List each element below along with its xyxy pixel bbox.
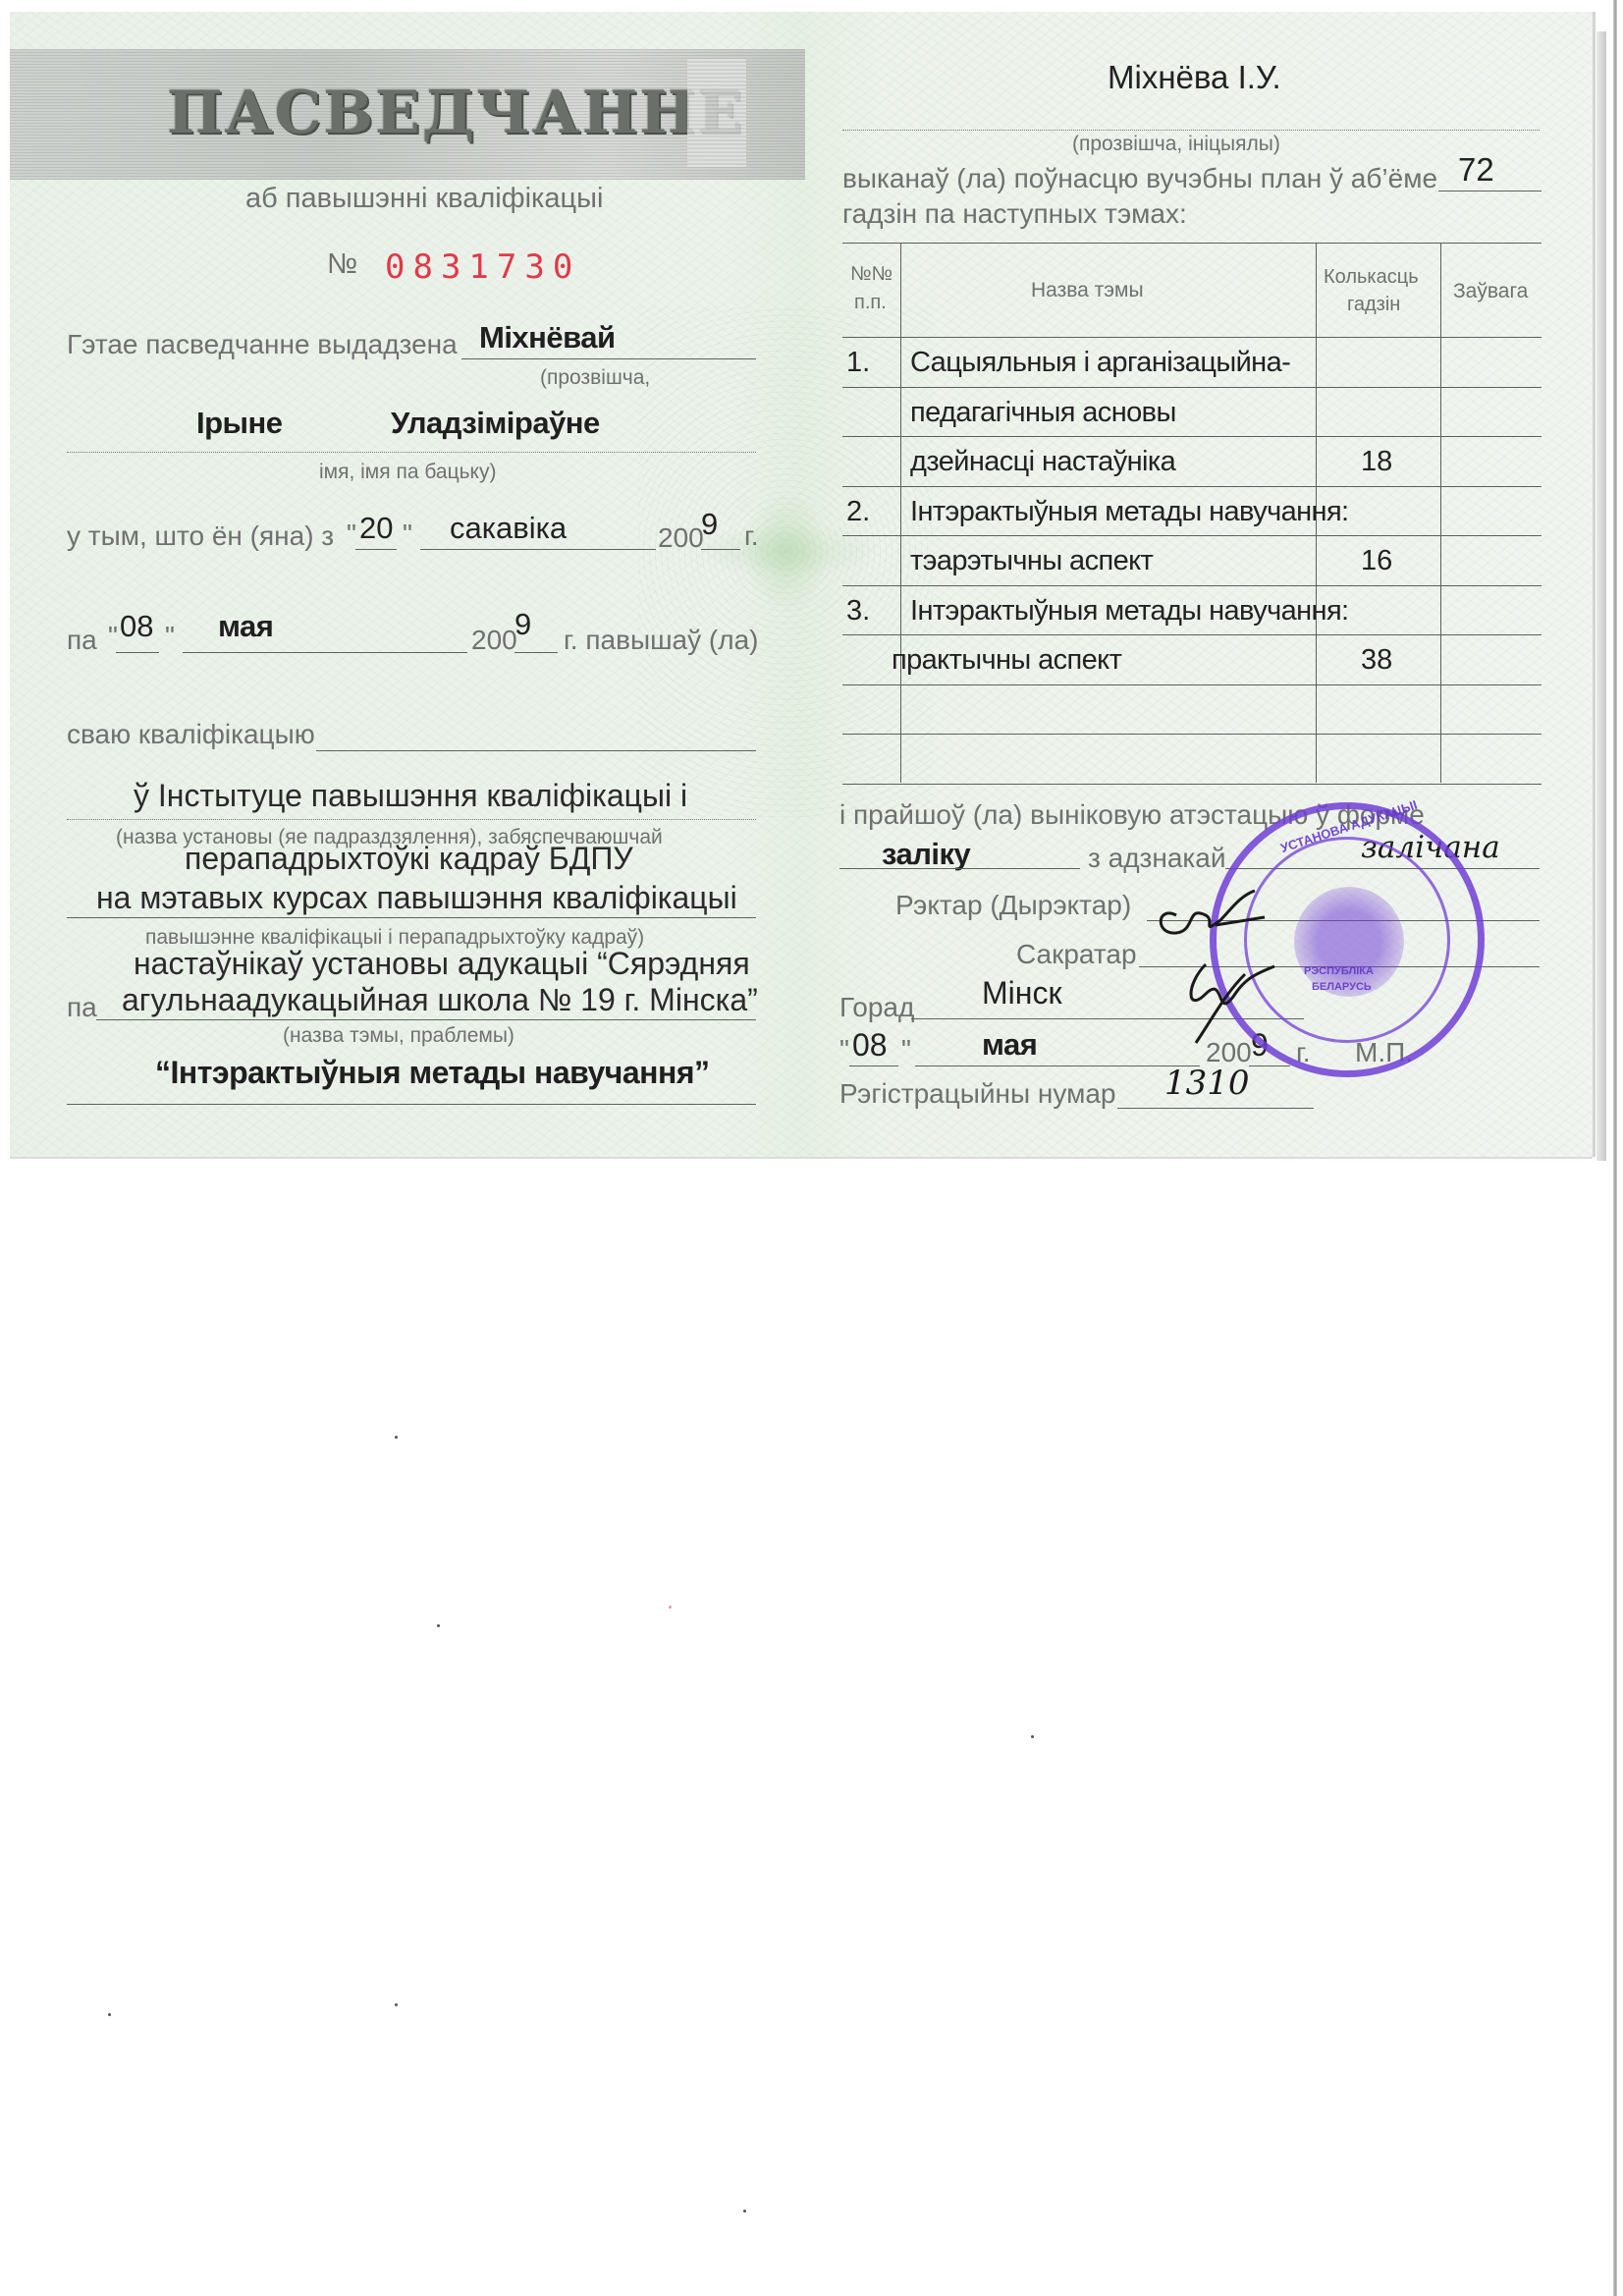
table-row-rule — [842, 585, 1542, 586]
table-row-rule — [842, 535, 1542, 536]
reg-line — [1117, 1108, 1314, 1109]
course-line-rule — [96, 1019, 756, 1020]
table-row-hours: 18 — [1361, 448, 1392, 476]
scanner-page-edge — [1613, 0, 1617, 2296]
city-value: Мінск — [982, 977, 1061, 1009]
table-row-number: 2. — [846, 498, 870, 526]
plan-tail: гадзін па наступных тэмах: — [842, 200, 1187, 228]
to-tail: г. павышаў (ла) — [564, 627, 758, 654]
to-close-quote: " — [165, 623, 175, 650]
document-title: ПАСВЕДЧАННЕ — [167, 79, 658, 147]
name-line — [67, 452, 756, 453]
from-close-quote: " — [403, 520, 412, 548]
qualification-line — [316, 750, 756, 751]
reg-label: Рэгістрацыйны нумар — [839, 1080, 1115, 1108]
to-year-line — [514, 652, 558, 653]
qualification-label: сваю кваліфікацыю — [67, 721, 315, 748]
holder-value: Міхнёва І.У. — [1108, 61, 1281, 93]
institution-line-2: перападрыхтоўкі кадраў БДПУ — [185, 843, 633, 874]
from-month-value: сакавіка — [450, 513, 567, 543]
banner-hologram-box — [687, 59, 746, 167]
date-month-value: мая — [982, 1029, 1037, 1060]
name-caption: імя, імя па бацьку) — [319, 462, 496, 482]
scan-speck — [395, 1436, 398, 1439]
surname-line — [461, 358, 756, 359]
plan-label: выканаў (ла) поўнасцю вучэбны план ў аб’… — [842, 165, 1437, 192]
scan-speck — [395, 2003, 398, 2006]
header-num-2: п.п. — [854, 293, 887, 312]
rector-label: Рэктар (Дырэктар) — [895, 892, 1131, 919]
document-subtitle: аб павышэнні кваліфікацыі — [245, 185, 603, 213]
scan-speck — [743, 2210, 746, 2213]
institution-caption-2: павышэнне кваліфікацыі і перападрыхтоўку… — [145, 927, 644, 948]
rector-signature-icon — [1147, 876, 1304, 1072]
issued-to-label: Гэтае пасведчанне выдадзена — [67, 331, 458, 358]
header-num-1: №№ — [850, 264, 893, 284]
table-row-topic: педагагічныя асновы — [910, 399, 1176, 427]
scan-speck — [669, 1606, 672, 1609]
header-hours-1: Колькасць — [1324, 267, 1419, 287]
topic-caption: (назва тэмы, праблемы) — [283, 1025, 514, 1046]
to-day-value: 08 — [120, 611, 153, 641]
table-row-rule — [842, 684, 1542, 685]
table-row-rule — [842, 734, 1542, 735]
topic-value: “Інтэрактыўныя метады навучання” — [155, 1057, 709, 1088]
scan-speck — [1031, 1735, 1034, 1738]
table-row-rule — [842, 486, 1542, 487]
number-label: № — [327, 250, 357, 279]
to-label: па — [67, 627, 97, 654]
table-row-number: 1. — [846, 349, 870, 377]
secretary-label: Сакратар — [1016, 941, 1137, 968]
date-open-quote: " — [839, 1036, 849, 1064]
table-row-topic: Сацыяльныя і арганізацыйна- — [910, 349, 1290, 377]
table-row-hours: 16 — [1361, 547, 1392, 575]
table-row-topic: дзейнасці настаўніка — [910, 448, 1175, 476]
plan-hours-value: 72 — [1458, 153, 1494, 186]
table-row-topic: тэарэтычны аспект — [910, 547, 1153, 575]
table-row-topic: Інтэрактыўныя метады навучання: — [910, 498, 1349, 526]
attestation-form-line — [839, 868, 1080, 869]
emblem-text-1: РЭСПУБЛІКА — [1304, 965, 1374, 977]
to-month-value: мая — [218, 611, 273, 641]
from-year-value: 9 — [701, 509, 718, 539]
table-row-topic: практычны аспект — [892, 646, 1121, 675]
table-row-rule — [842, 436, 1542, 437]
scan-speck — [108, 2013, 111, 2016]
table-row-topic: Інтэрактыўныя метады навучання: — [910, 597, 1349, 626]
serial-number: 0831730 — [385, 250, 580, 284]
institution-line-1: ў Інстытуце павышэння кваліфікацыі і — [134, 780, 687, 811]
topic-rule — [67, 1104, 756, 1105]
holder-caption: (прозвішча, ініцыялы) — [1072, 134, 1280, 154]
emblem-text-2: БЕЛАРУСЬ — [1312, 981, 1372, 993]
from-day-value: 20 — [359, 513, 393, 543]
date-day-line — [849, 1066, 898, 1066]
table-top-rule — [842, 243, 1542, 244]
table-header-rule — [842, 337, 1542, 338]
institution-line-3: на мэтавых курсах павышэння кваліфікацыі — [96, 882, 737, 913]
to-open-quote: " — [108, 623, 118, 650]
from-day-line — [355, 549, 397, 550]
course-line-2: агульнаадукацыйная школа № 19 г. Мінска” — [122, 984, 758, 1015]
institution-line-1-rule — [67, 819, 756, 820]
title-banner: ПАСВЕДЧАННЕ — [10, 49, 805, 180]
table-row-rule — [842, 634, 1542, 635]
holder-line — [842, 130, 1540, 131]
to-year-value: 9 — [514, 609, 531, 639]
date-day-value: 08 — [852, 1029, 888, 1061]
from-open-quote: " — [347, 520, 356, 548]
to-year-prefix: 200 — [471, 627, 517, 654]
certificate-card: ПАСВЕДЧАННЕ аб павышэнні кваліфікацыі № … — [10, 12, 1593, 1157]
institution-line-3-rule — [67, 917, 756, 918]
header-hours-2: гадзін — [1347, 295, 1400, 314]
table-col-rule-1 — [900, 243, 901, 783]
table-row-number: 3. — [846, 597, 870, 626]
surname-caption: (прозвішча, — [540, 367, 650, 388]
city-label: Горад — [839, 994, 914, 1021]
from-year-line — [701, 549, 740, 550]
from-label: у тым, што ён (яна) з — [67, 522, 334, 550]
from-year-unit: г. — [744, 522, 759, 550]
from-month-line — [420, 549, 656, 550]
table-row-hours: 38 — [1361, 646, 1392, 675]
plan-hours-line — [1438, 191, 1542, 191]
patronymic-value: Уладзіміраўне — [391, 408, 600, 438]
topic-prefix: па — [67, 994, 97, 1021]
attestation-form-value: заліку — [882, 839, 970, 869]
table-col-rule-3 — [1440, 243, 1441, 783]
from-year-prefix: 200 — [658, 524, 704, 552]
header-note: Заўвага — [1453, 281, 1528, 301]
to-day-line — [116, 652, 159, 653]
table-row-rule — [842, 784, 1542, 785]
date-close-quote: " — [901, 1036, 911, 1064]
table-row-rule — [842, 387, 1542, 388]
first-name-value: Ірыне — [196, 408, 283, 438]
guilloche-ornament — [638, 306, 933, 817]
surname-value: Міхнёвай — [479, 322, 616, 353]
to-month-line — [183, 652, 467, 653]
grade-label: з адзнакай — [1088, 845, 1225, 872]
course-line-1: настаўнікаў установы адукацыі “Сярэдняя — [134, 948, 750, 979]
header-topic: Назва тэмы — [1031, 280, 1144, 301]
scan-speck — [437, 1624, 440, 1627]
